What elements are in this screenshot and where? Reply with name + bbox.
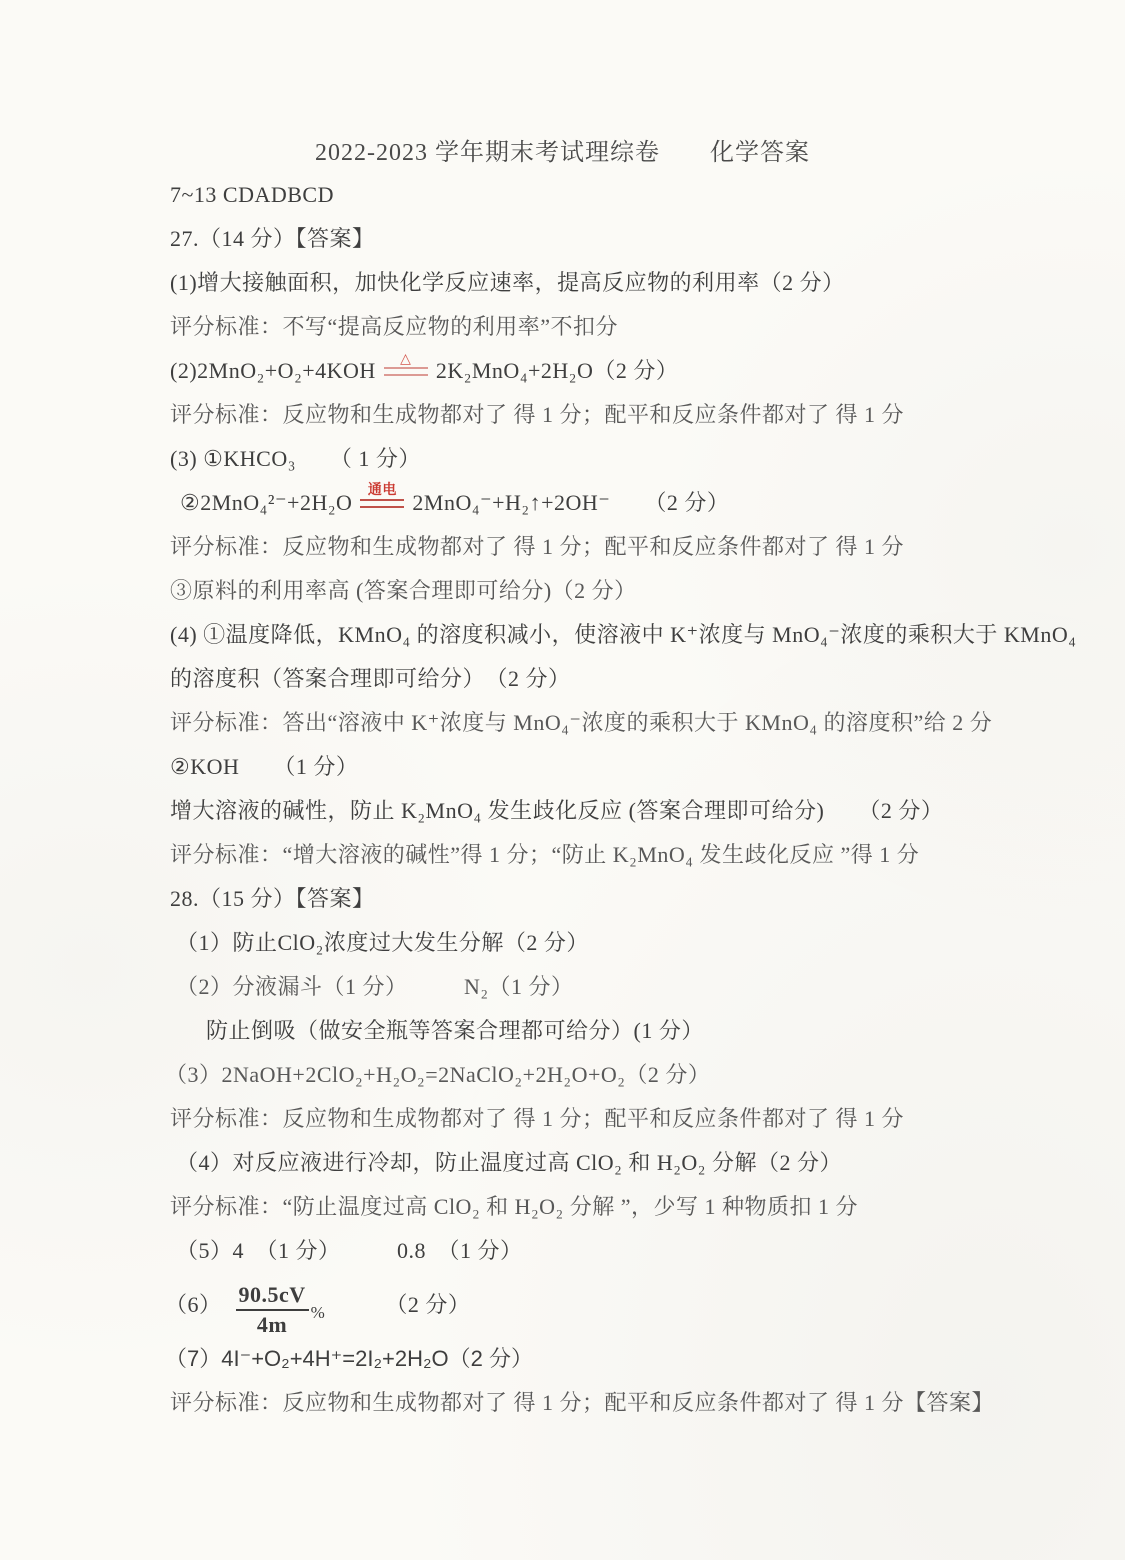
q27-header: 27.（14 分）【答案】 bbox=[170, 226, 1050, 252]
q28-2-answer: （2）分液漏斗（1 分） N₂（1 分） bbox=[176, 974, 1050, 1000]
fraction-score: （2 分） bbox=[385, 1292, 470, 1317]
electrify-condition-label: 通电 bbox=[368, 484, 397, 500]
q27-4-2-reason: 增大溶液的碱性，防止 K₂MnO₄ 发生歧化反应 (答案合理即可给分) （2 分… bbox=[170, 798, 1050, 824]
q27-3-2-score-criteria: 评分标准：反应物和生成物都对了 得 1 分；配平和反应条件都对了 得 1 分 bbox=[170, 534, 1050, 560]
delta-condition-label: △ bbox=[400, 353, 411, 368]
q28-7-equation: （7）4I⁻+O₂+4H⁺=2I₂+2H₂O（2 分） bbox=[165, 1346, 1050, 1372]
fraction-denominator: 4m bbox=[236, 1311, 309, 1338]
q27-4-1-answer-line1: (4) ①温度降低，KMnO₄ 的溶度积减小，使溶液中 K⁺浓度与 MnO₄⁻浓… bbox=[170, 622, 1050, 648]
fraction-prefix: （6） bbox=[165, 1292, 222, 1317]
q27-4-2-score-criteria: 评分标准：“增大溶液的碱性”得 1 分；“防止 K₂MnO₄ 发生歧化反应 ”得… bbox=[170, 842, 1050, 868]
reaction-condition-electrify: 通电 bbox=[356, 498, 408, 510]
q28-4-score-criteria: 评分标准：“防止温度过高 ClO₂ 和 H₂O₂ 分解 ”，少写 1 种物质扣 … bbox=[170, 1194, 1050, 1220]
fraction-numerator: 90.5cV bbox=[236, 1282, 309, 1311]
document-body: 7~13 CDADBCD 27.（14 分）【答案】 (1)增大接触面积，加快化… bbox=[170, 182, 1050, 1434]
q27-3-1-answer: (3) ①KHCO₃ （ 1 分） bbox=[170, 446, 1050, 472]
q27-3-3-answer: ③原料的利用率高 (答案合理即可给分)（2 分） bbox=[170, 578, 1050, 604]
equation-left: ②2MnO₄²⁻+2H₂O bbox=[180, 490, 352, 515]
document-title: 2022-2023 学年期末考试理综卷 化学答案 bbox=[0, 0, 1125, 167]
q27-1-score-criteria: 评分标准：不写“提高反应物的利用率”不扣分 bbox=[170, 314, 1050, 340]
q27-4-1-answer-line2: 的溶度积（答案合理即可给分） （2 分） bbox=[170, 666, 1050, 692]
q27-1-answer: (1)增大接触面积，加快化学反应速率，提高反应物的利用率（2 分） bbox=[170, 270, 1050, 296]
q27-3-2-equation: ②2MnO₄²⁻+2H₂O通电2MnO₄⁻+H₂↑+2OH⁻ （2 分） bbox=[180, 490, 1050, 516]
reaction-condition-delta: △ bbox=[380, 366, 432, 378]
q28-3-equation: （3）2NaOH+2ClO₂+H₂O₂=2NaClO₂+2H₂O+O₂（2 分） bbox=[165, 1062, 1050, 1088]
q28-1-answer: （1）防止ClO₂浓度过大发生分解（2 分） bbox=[176, 930, 1050, 956]
q27-2-score-criteria: 评分标准：反应物和生成物都对了 得 1 分；配平和反应条件都对了 得 1 分 bbox=[170, 402, 1050, 428]
double-bond-line bbox=[384, 367, 428, 376]
equation-right: 2MnO₄⁻+H₂↑+2OH⁻ （2 分） bbox=[412, 490, 729, 515]
q27-2-equation: (2)2MnO₂+O₂+4KOH△2K₂MnO₄+2H₂O（2 分） bbox=[170, 358, 1050, 384]
equation-left: (2)2MnO₂+O₂+4KOH bbox=[170, 358, 376, 383]
q28-header: 28.（15 分）【答案】 bbox=[170, 886, 1050, 912]
exam-answer-page: 2022-2023 学年期末考试理综卷 化学答案 7~13 CDADBCD 27… bbox=[0, 0, 1125, 1560]
q28-5-answer: （5）4 （1 分） 0.8 （1 分） bbox=[176, 1238, 1050, 1264]
q28-6-answer: （6）90.5cV4m%（2 分） bbox=[165, 1282, 1050, 1338]
q27-4-1-score-criteria: 评分标准：答出“溶液中 K⁺浓度与 MnO₄⁻浓度的乘积大于 KMnO₄ 的溶度… bbox=[170, 710, 1050, 736]
percent-sign: % bbox=[311, 1303, 326, 1322]
fraction-expression: 90.5cV4m bbox=[236, 1282, 309, 1338]
q27-4-2-answer: ②KOH （1 分） bbox=[170, 754, 1050, 780]
q28-2-answer-continued: 防止倒吸（做安全瓶等答案合理都可给分）(1 分） bbox=[206, 1018, 1050, 1044]
double-bond-line bbox=[360, 499, 404, 508]
equation-right: 2K₂MnO₄+2H₂O（2 分） bbox=[436, 358, 679, 383]
q28-4-answer: （4）对反应液进行冷却，防止温度过高 ClO₂ 和 H₂O₂ 分解（2 分） bbox=[176, 1150, 1050, 1176]
mc-answer-key: 7~13 CDADBCD bbox=[170, 182, 1050, 208]
q28-3-score-criteria: 评分标准：反应物和生成物都对了 得 1 分；配平和反应条件都对了 得 1 分 bbox=[170, 1106, 1050, 1132]
q28-7-score-criteria: 评分标准：反应物和生成物都对了 得 1 分；配平和反应条件都对了 得 1 分【答… bbox=[170, 1390, 1050, 1416]
